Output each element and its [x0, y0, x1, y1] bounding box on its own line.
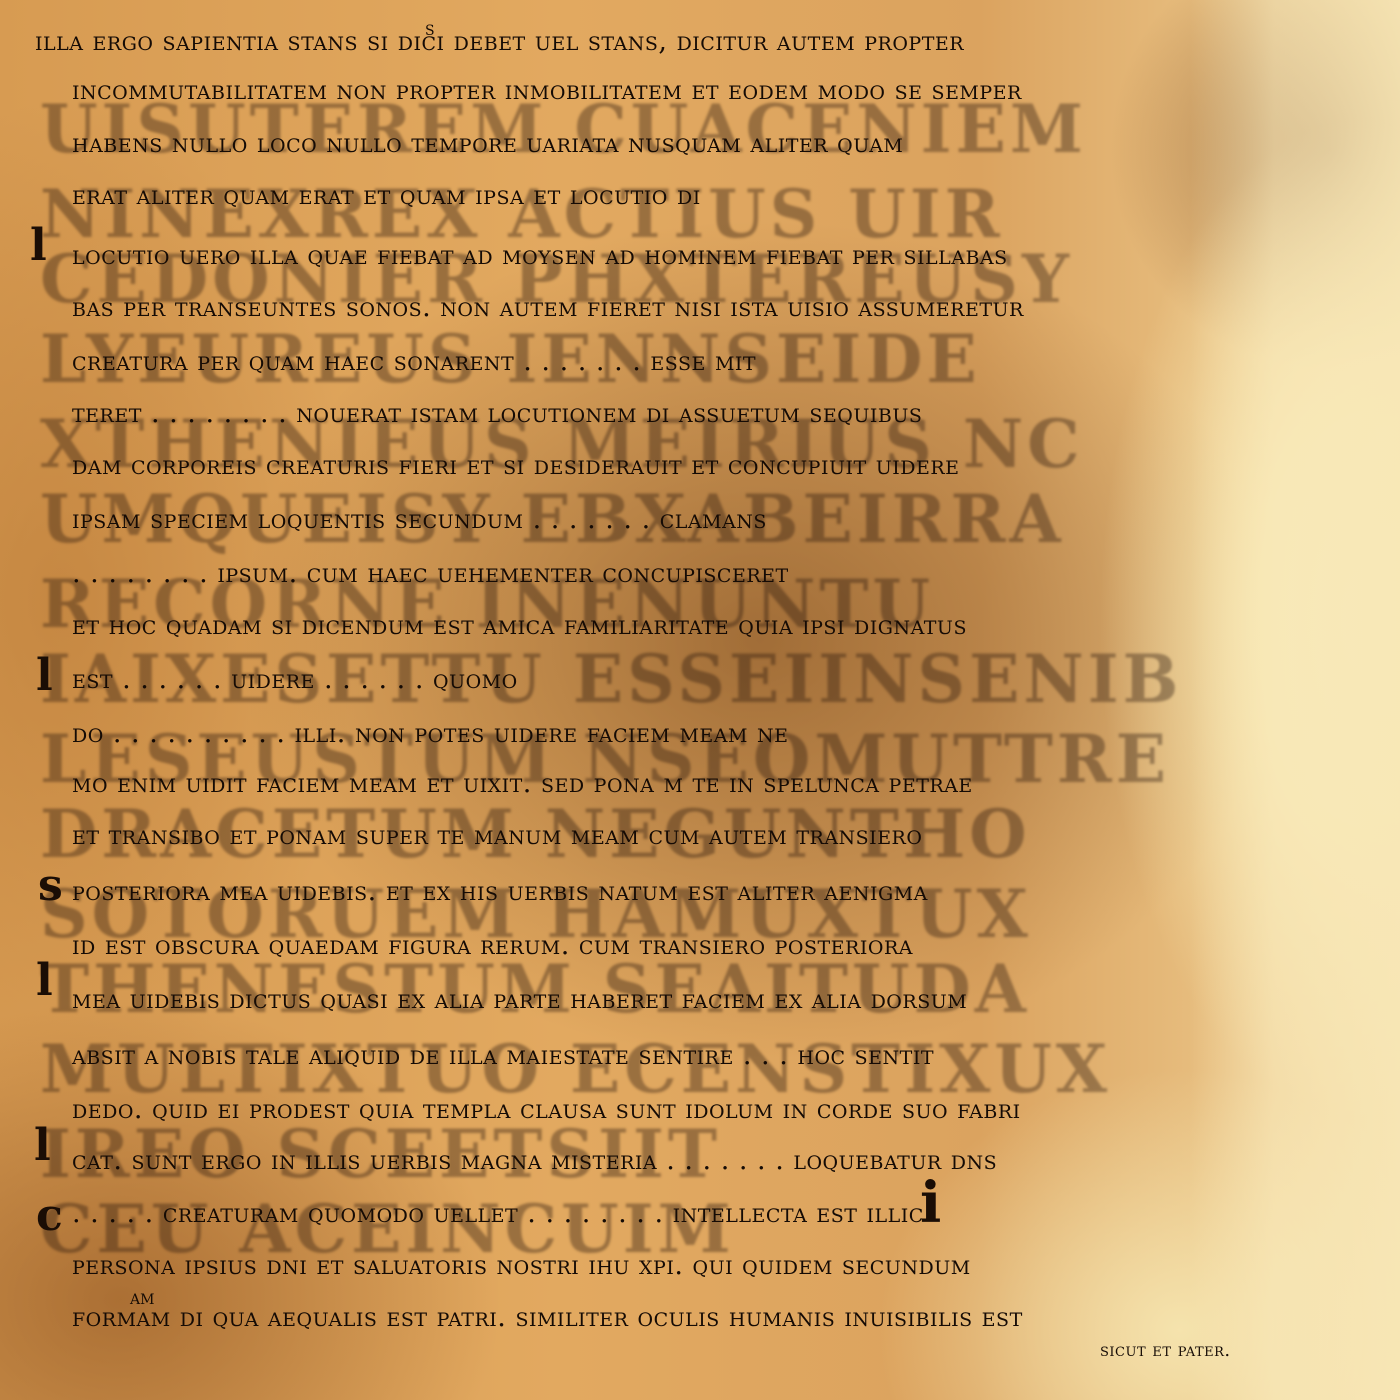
margin-letter: s: [38, 860, 63, 911]
main-text-block: s illa ergo sapientia stans si dici debe…: [0, 0, 1400, 1400]
text-line: do . . . . . . . . . . illi. Non potes u…: [72, 718, 789, 749]
text-line: mo enim uidit faciem meam et uixit. sed …: [72, 768, 973, 799]
text-line: creatura per quam haec sonarent . . . . …: [72, 346, 756, 377]
text-line: erat aliter quam erat et quam ipsa et lo…: [72, 180, 701, 211]
text-line: persona ipsius dni et saluatoris nostri …: [72, 1250, 971, 1281]
text-line: . . . . . . . . ipsum. Cum haec uehement…: [72, 558, 789, 589]
text-line: habens nullo loco nullo tempore uariata …: [72, 128, 903, 159]
margin-letter: l: [36, 650, 53, 701]
text-line: dedo. quid ei prodest quia templa clausa…: [72, 1094, 1021, 1125]
text-line-final: sicut et pater.: [1100, 1340, 1231, 1361]
text-line: locutio uero illa quae fiebat ad moysen …: [72, 240, 1008, 271]
text-line: illa ergo sapientia stans si dici debet …: [35, 26, 964, 57]
text-line: teret . . . . . . . . nouerat istam locu…: [72, 398, 922, 429]
margin-letter: l: [30, 220, 47, 271]
text-line: mea uidebis dictus quasi ex alia parte h…: [72, 984, 967, 1015]
text-line: bas per transeuntes sonos. non autem fie…: [72, 292, 1024, 323]
text-line: posteriora mea uidebis. Et ex his uerbis…: [72, 876, 928, 907]
margin-letter: l: [36, 955, 53, 1006]
text-line: ipsam speciem loquentis secundum . . . .…: [72, 504, 767, 535]
text-line: incommutabilitatem non propter inmobilit…: [72, 75, 1022, 106]
text-line: et hoc quadam si dicendum est amica fami…: [72, 610, 967, 641]
text-line: id est obscura quaedam figura rerum. Cum…: [72, 930, 913, 961]
margin-letter: l: [34, 1120, 51, 1171]
margin-letter: i: [920, 1170, 941, 1236]
text-line: . . . . . creaturam quomodo uellet . . .…: [72, 1198, 924, 1229]
text-line: formam di qua aequalis est patri. simili…: [72, 1302, 1023, 1333]
text-line: et transibo et ponam super te manum meam…: [72, 820, 922, 851]
margin-letter: c: [36, 1190, 63, 1241]
text-line: dam corporeis creaturis fieri et si desi…: [72, 450, 960, 481]
text-line: cat. Sunt ergo in illis uerbis magna mis…: [72, 1145, 997, 1176]
text-line: absit a nobis tale aliquid de illa maies…: [72, 1040, 934, 1071]
text-line: est . . . . . . uidere . . . . . . quomo: [72, 664, 518, 695]
